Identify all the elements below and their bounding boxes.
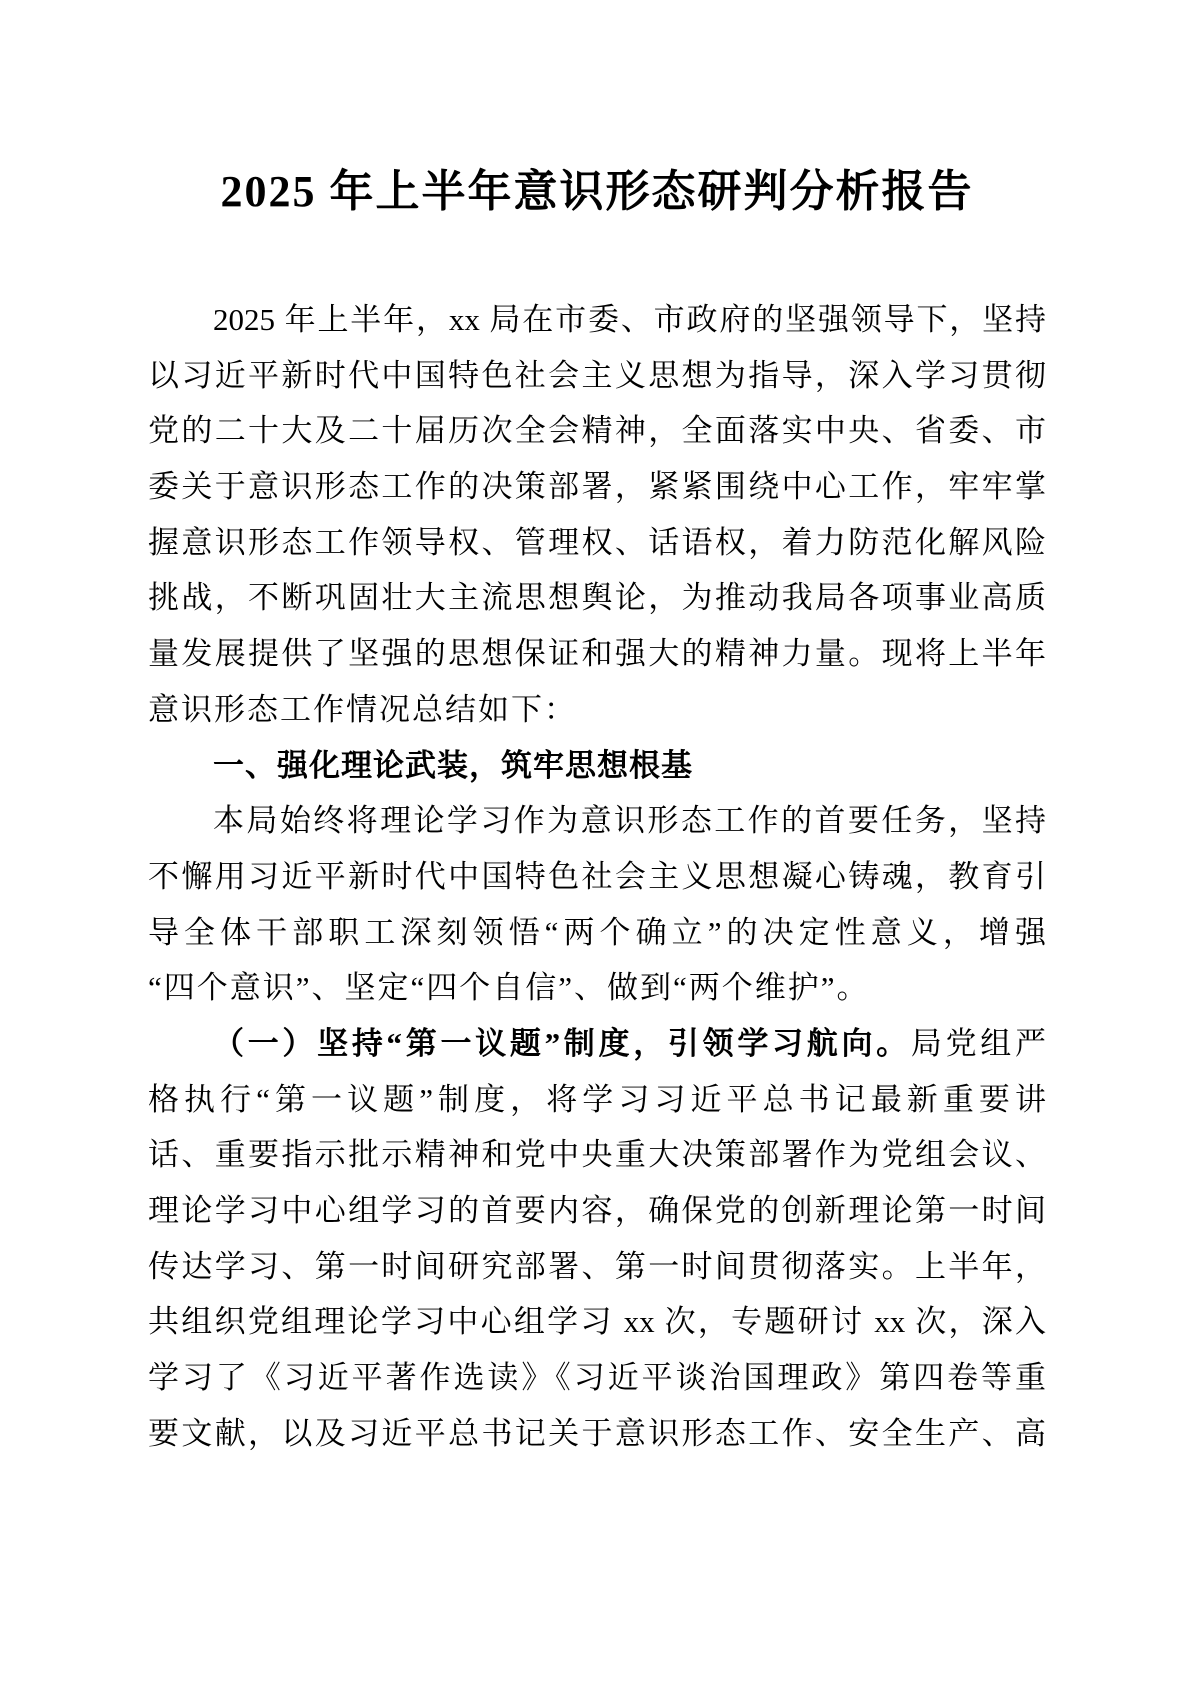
- text-run: 话、重要指示批示精神和党中央重大决策部署作为党组会议、: [148, 1137, 1046, 1172]
- text-line: 意识形态工作情况总结如下：: [148, 682, 1046, 738]
- text-run: 理论学习中心组学习的首要内容，确保党的创新理论第一时间: [148, 1193, 1046, 1228]
- text-line: “四个意识”、坚定“四个自信”、做到“两个维护”。: [148, 960, 1046, 1016]
- text-run-bold: （一）坚持“第一议题”制度，引领学习航向。: [213, 1026, 911, 1061]
- document-body: 2025 年上半年，xx 局在市委、市政府的坚强领导下，坚持以习近平新时代中国特…: [148, 292, 1046, 1461]
- theory-learning-paragraph: 本局始终将理论学习作为意识形态工作的首要任务，坚持不懈用习近平新时代中国特色社会…: [148, 793, 1046, 1016]
- text-run: 以习近平新时代中国特色社会主义思想为指导，深入学习贯彻: [148, 358, 1046, 393]
- text-run: 委关于意识形态工作的决策部署，紧紧围绕中心工作，牢牢掌: [148, 469, 1046, 504]
- text-line: 理论学习中心组学习的首要内容，确保党的创新理论第一时间: [148, 1183, 1046, 1239]
- text-line: 不懈用习近平新时代中国特色社会主义思想凝心铸魂，教育引: [148, 849, 1046, 905]
- text-run-heiti: 一、强化理论武装，筑牢思想根基: [213, 748, 693, 783]
- first-topic-paragraph: （一）坚持“第一议题”制度，引领学习航向。局党组严格执行“第一议题”制度，将学习…: [148, 1016, 1046, 1462]
- section-1-heading: 一、强化理论武装，筑牢思想根基: [148, 738, 1046, 794]
- text-run: 意识形态工作情况总结如下：: [148, 692, 577, 727]
- text-line: 导全体干部职工深刻领悟“两个确立”的决定性意义，增强: [148, 905, 1046, 961]
- text-run: 共组织党组理论学习中心组学习 xx 次，专题研讨 xx 次，深入: [148, 1304, 1046, 1339]
- text-line: 握意识形态工作领导权、管理权、话语权，着力防范化解风险: [148, 515, 1046, 571]
- intro-paragraph: 2025 年上半年，xx 局在市委、市政府的坚强领导下，坚持以习近平新时代中国特…: [148, 292, 1046, 738]
- text-line: 格执行“第一议题”制度，将学习习近平总书记最新重要讲: [148, 1072, 1046, 1128]
- document-page: 2025 年上半年意识形态研判分析报告 2025 年上半年，xx 局在市委、市政…: [0, 0, 1190, 1683]
- text-run: 党的二十大及二十届历次全会精神，全面落实中央、省委、市: [148, 413, 1046, 448]
- text-line: 本局始终将理论学习作为意识形态工作的首要任务，坚持: [148, 793, 1046, 849]
- text-run: 学习了《习近平著作选读》《习近平谈治国理政》第四卷等重: [148, 1360, 1046, 1395]
- text-run: 传达学习、第一时间研究部署、第一时间贯彻落实。上半年，: [148, 1249, 1046, 1284]
- text-run: 挑战，不断巩固壮大主流思想舆论，为推动我局各项事业高质: [148, 580, 1046, 615]
- text-run: 握意识形态工作领导权、管理权、话语权，着力防范化解风险: [148, 525, 1046, 560]
- text-line: 2025 年上半年，xx 局在市委、市政府的坚强领导下，坚持: [148, 292, 1046, 348]
- text-line: 挑战，不断巩固壮大主流思想舆论，为推动我局各项事业高质: [148, 570, 1046, 626]
- text-run: “四个意识”、坚定“四个自信”、做到“两个维护”。: [148, 970, 870, 1005]
- text-line: 话、重要指示批示精神和党中央重大决策部署作为党组会议、: [148, 1127, 1046, 1183]
- text-line: 学习了《习近平著作选读》《习近平谈治国理政》第四卷等重: [148, 1350, 1046, 1406]
- text-line: 一、强化理论武装，筑牢思想根基: [148, 738, 1046, 794]
- text-run: 局党组严: [911, 1026, 1046, 1061]
- text-line: 要文献，以及习近平总书记关于意识形态工作、安全生产、高: [148, 1406, 1046, 1462]
- text-line: 党的二十大及二十届历次全会精神，全面落实中央、省委、市: [148, 403, 1046, 459]
- text-run: 不懈用习近平新时代中国特色社会主义思想凝心铸魂，教育引: [148, 859, 1046, 894]
- text-run: 要文献，以及习近平总书记关于意识形态工作、安全生产、高: [148, 1416, 1046, 1451]
- text-line: 传达学习、第一时间研究部署、第一时间贯彻落实。上半年，: [148, 1239, 1046, 1295]
- text-run: 2025 年上半年，xx 局在市委、市政府的坚强领导下，坚持: [213, 302, 1046, 337]
- text-line: 委关于意识形态工作的决策部署，紧紧围绕中心工作，牢牢掌: [148, 459, 1046, 515]
- text-line: 共组织党组理论学习中心组学习 xx 次，专题研讨 xx 次，深入: [148, 1294, 1046, 1350]
- text-run: 本局始终将理论学习作为意识形态工作的首要任务，坚持: [213, 803, 1046, 838]
- text-line: 以习近平新时代中国特色社会主义思想为指导，深入学习贯彻: [148, 348, 1046, 404]
- text-run: 格执行“第一议题”制度，将学习习近平总书记最新重要讲: [148, 1082, 1046, 1117]
- text-line: 量发展提供了坚强的思想保证和强大的精神力量。现将上半年: [148, 626, 1046, 682]
- text-line: （一）坚持“第一议题”制度，引领学习航向。局党组严: [148, 1016, 1046, 1072]
- text-run: 导全体干部职工深刻领悟“两个确立”的决定性意义，增强: [148, 915, 1046, 950]
- document-title: 2025 年上半年意识形态研判分析报告: [148, 165, 1046, 218]
- text-run: 量发展提供了坚强的思想保证和强大的精神力量。现将上半年: [148, 636, 1046, 671]
